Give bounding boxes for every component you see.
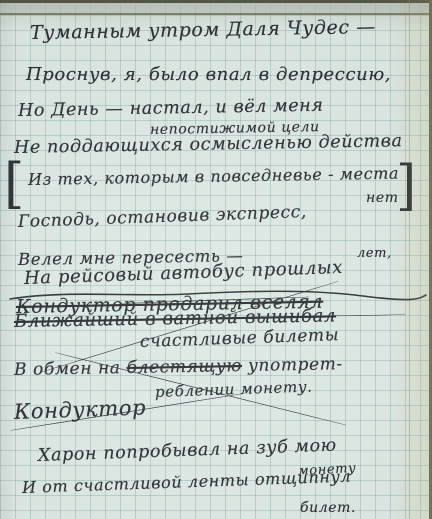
hw-line-2: Проснув, я, было впал в депрессию, <box>26 64 391 85</box>
hw-line-4: Не поддающихся осмысленью действа <box>14 131 403 158</box>
hw-line-ticket: билет. <box>300 500 356 516</box>
hw-line-conductor: Кондуктор <box>14 395 147 424</box>
hw-line-bracketed-wrap: нет <box>366 190 399 206</box>
hw-line-charon: Харон попробывал на зуб мою <box>38 436 337 466</box>
page-top-edge <box>0 0 432 15</box>
hw-exchange-crossed-word: блестящую <box>126 356 242 378</box>
grid-margin-line <box>409 0 410 519</box>
hw-line-exchange: В обмен на блестящую употрет- <box>14 354 343 380</box>
ink-bracket-right: ] <box>396 159 416 214</box>
hw-line-3: Но День — настал, и вёл меня <box>18 96 324 121</box>
hw-line-bracketed: Из тех, которым в повседневье - места <box>28 164 399 189</box>
hw-line-5: Господь, остановив экспресс, <box>18 202 307 232</box>
hw-exchange-part1: В обмен на <box>14 358 121 380</box>
hw-exchange-part3: употрет- <box>248 354 343 376</box>
hw-insertion-let: лет, <box>357 246 392 261</box>
ink-bracket-left: [ <box>4 157 24 212</box>
hw-line-ribbon: И от счастливой ленты отщипнул <box>22 467 352 497</box>
hw-line-exchange-wrap: реблении монету. <box>155 378 313 401</box>
notebook-page: Туманным утром Даля Чудес — Проснув, я, … <box>0 0 432 519</box>
hw-line-title: Туманным утром Даля Чудес — <box>30 16 376 44</box>
